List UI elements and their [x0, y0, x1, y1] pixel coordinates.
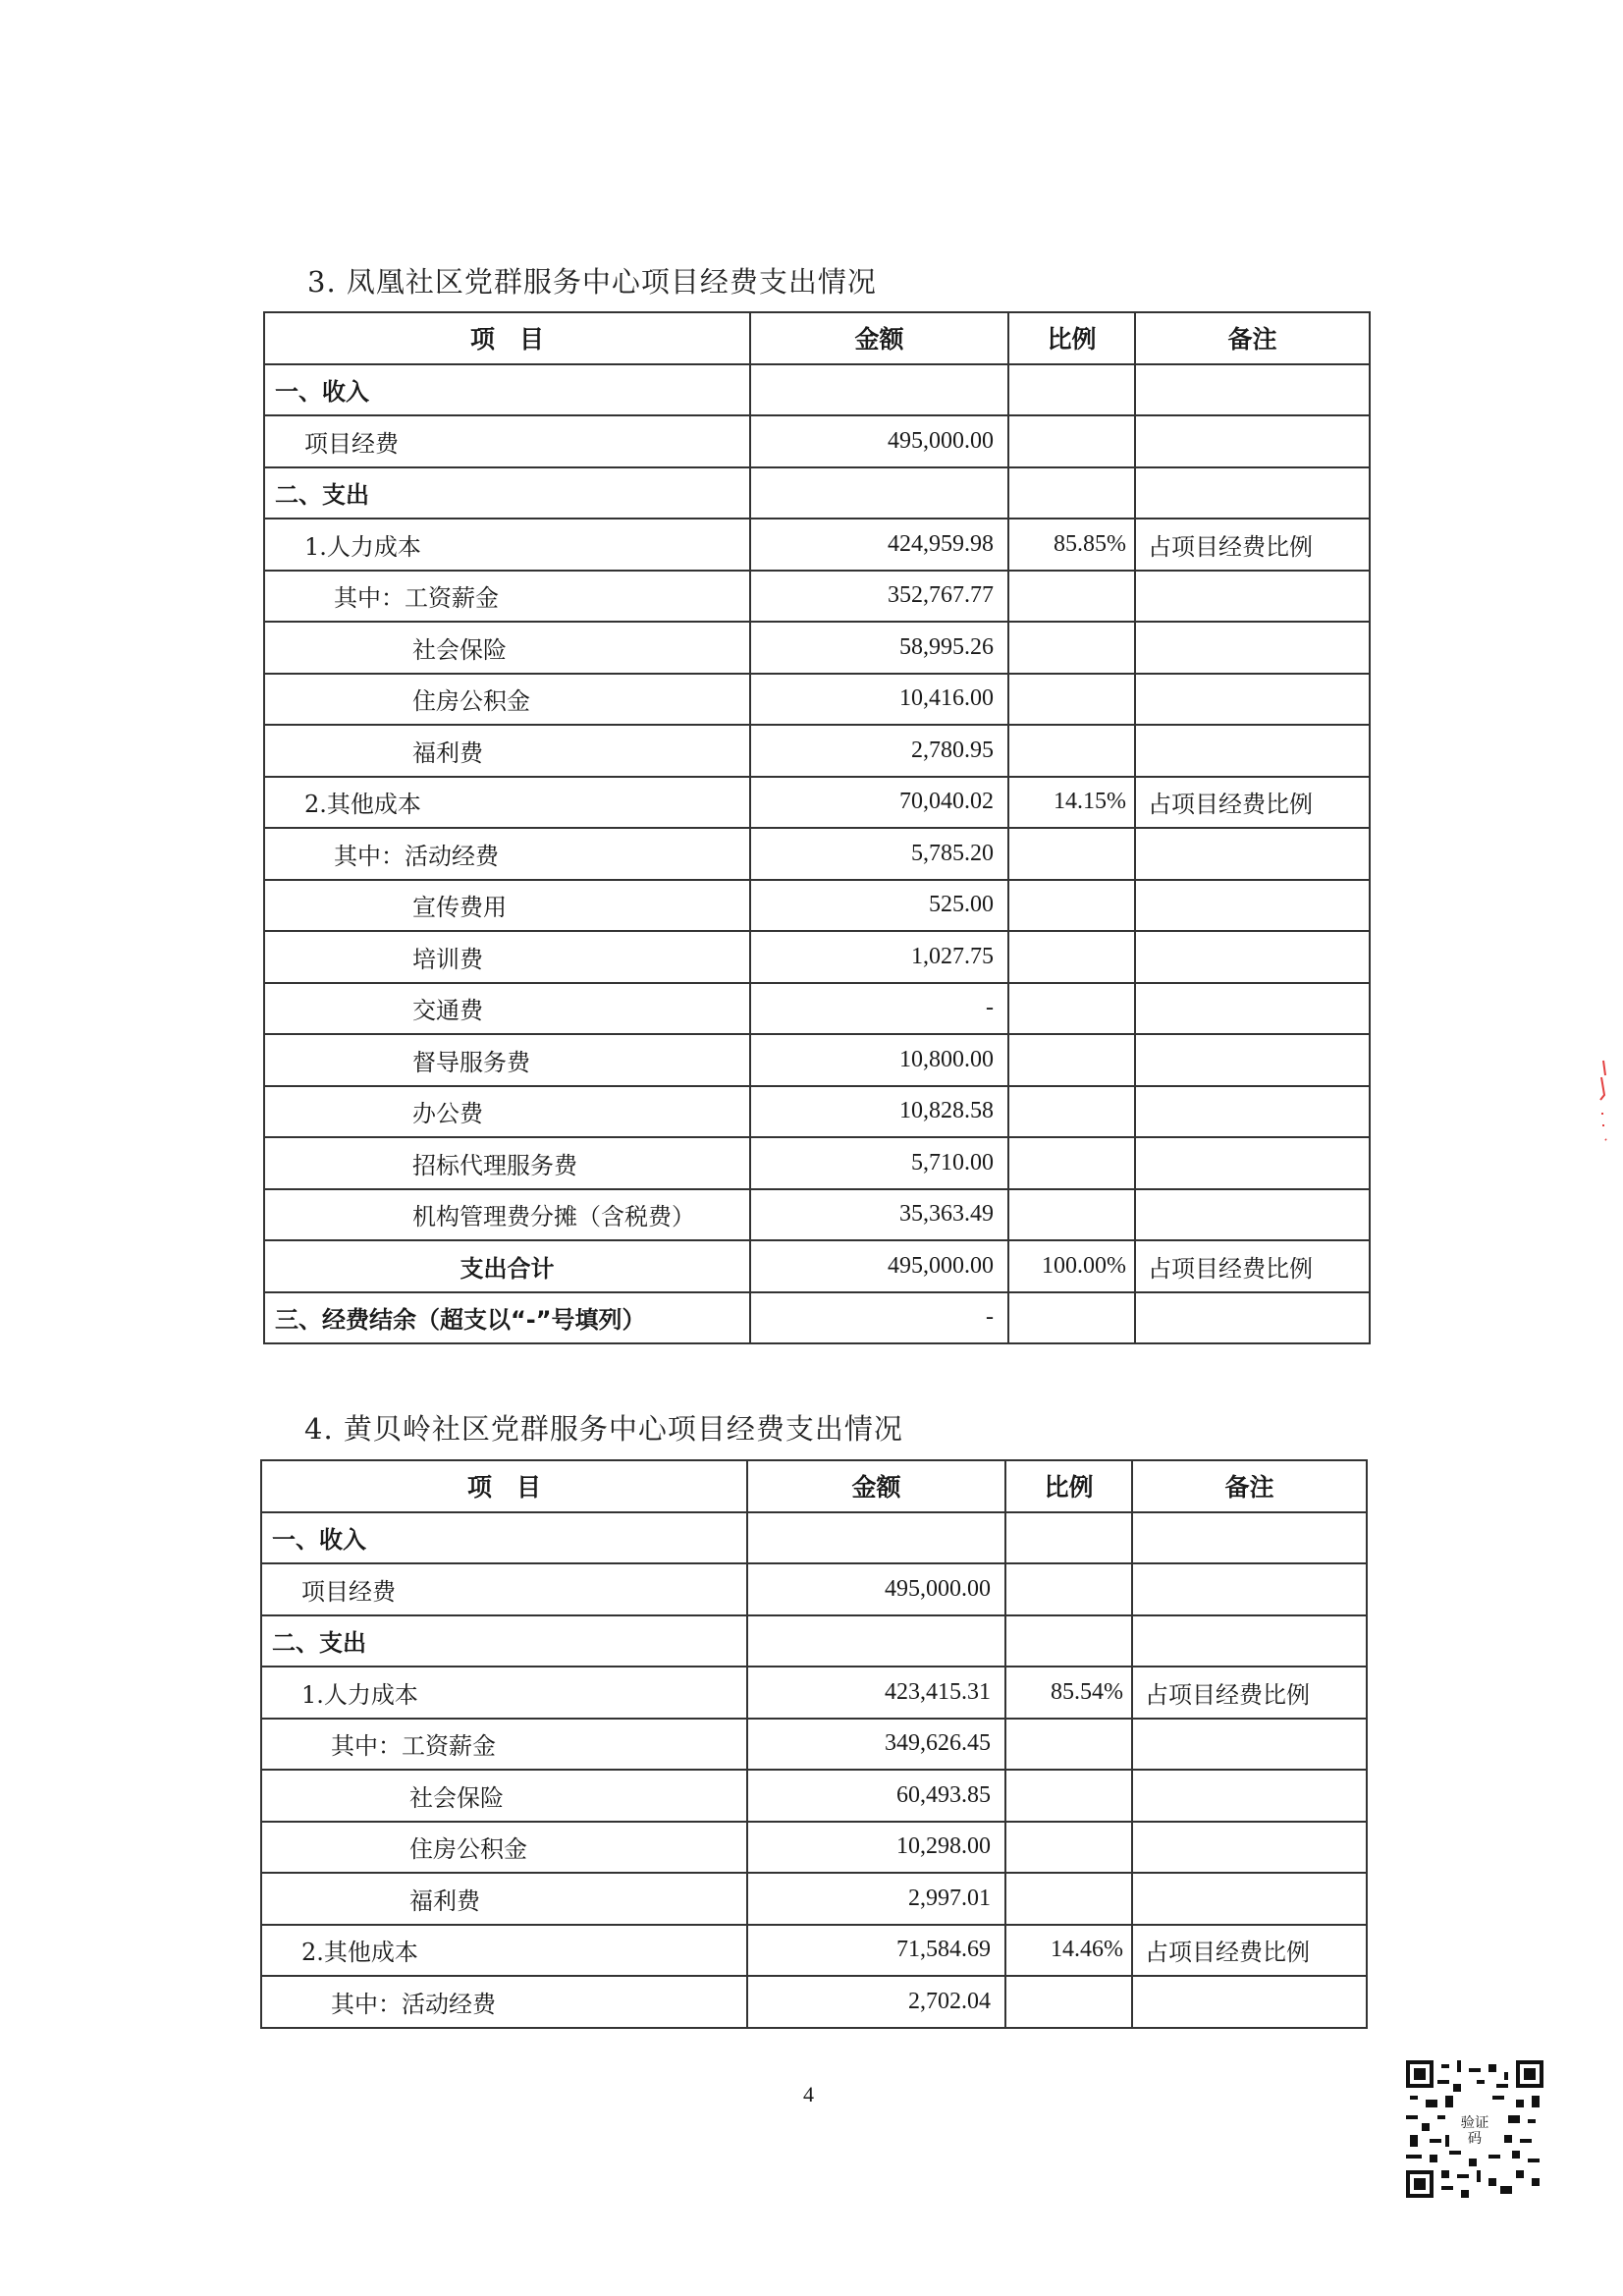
row-note — [1135, 1086, 1370, 1138]
row-ratio — [1005, 1770, 1132, 1822]
table-row: 二、支出 — [264, 467, 1370, 519]
svg-text:验证: 验证 — [1461, 2114, 1489, 2131]
section-4-title: 4. 黄贝岭社区党群服务中心项目经费支出情况 — [304, 1407, 903, 1448]
row-item-label: 福利费 — [264, 725, 750, 777]
row-amount: 10,800.00 — [750, 1034, 1008, 1086]
row-item-label: 交通费 — [264, 983, 750, 1035]
row-item-label: 1.人力成本 — [264, 519, 750, 571]
table-row: 办公费10,828.58 — [264, 1086, 1370, 1138]
row-amount: 10,298.00 — [747, 1822, 1005, 1874]
table-row: 二、支出 — [261, 1615, 1367, 1667]
row-note — [1135, 571, 1370, 623]
row-amount: - — [750, 983, 1008, 1035]
row-amount: 423,415.31 — [747, 1667, 1005, 1719]
row-ratio — [1008, 364, 1135, 416]
row-amount: 352,767.77 — [750, 571, 1008, 623]
row-item-label: 督导服务费 — [264, 1034, 750, 1086]
row-amount: 2,780.95 — [750, 725, 1008, 777]
table-row: 住房公积金10,298.00 — [261, 1822, 1367, 1874]
row-item-label: 其中：活动经费 — [261, 1976, 747, 2028]
row-note — [1132, 1976, 1367, 2028]
row-item-label: 宣传费用 — [264, 880, 750, 932]
table-row: 其中：活动经费2,702.04 — [261, 1976, 1367, 2028]
row-item-label: 培训费 — [264, 931, 750, 983]
table-row: 项目经费495,000.00 — [261, 1563, 1367, 1615]
row-note — [1135, 364, 1370, 416]
header-ratio: 比例 — [1008, 312, 1135, 364]
table-row: 培训费1,027.75 — [264, 931, 1370, 983]
row-amount: 495,000.00 — [750, 1240, 1008, 1292]
row-amount: 495,000.00 — [750, 415, 1008, 467]
table-row: 2.其他成本71,584.6914.46%占项目经费比例 — [261, 1925, 1367, 1977]
row-ratio — [1005, 1719, 1132, 1771]
row-note — [1135, 415, 1370, 467]
row-ratio — [1005, 1615, 1132, 1667]
header-amount: 金额 — [750, 312, 1008, 364]
row-amount: 35,363.49 — [750, 1189, 1008, 1241]
table-row: 支出合计495,000.00100.00%占项目经费比例 — [264, 1240, 1370, 1292]
table-row: 宣传费用525.00 — [264, 880, 1370, 932]
row-item-label: 福利费 — [261, 1873, 747, 1925]
row-ratio: 85.54% — [1005, 1667, 1132, 1719]
row-ratio — [1008, 880, 1135, 932]
row-note — [1135, 931, 1370, 983]
row-ratio — [1008, 674, 1135, 726]
row-ratio — [1008, 415, 1135, 467]
row-amount: 525.00 — [750, 880, 1008, 932]
row-amount — [750, 467, 1008, 519]
header-amount: 金额 — [747, 1460, 1005, 1512]
table-row: 住房公积金10,416.00 — [264, 674, 1370, 726]
row-note — [1132, 1719, 1367, 1771]
table-row: 交通费- — [264, 983, 1370, 1035]
svg-text:码: 码 — [1468, 2130, 1482, 2147]
table-header-row: 项 目金额比例备注 — [261, 1460, 1367, 1512]
row-note — [1135, 674, 1370, 726]
row-note — [1135, 1034, 1370, 1086]
row-note — [1135, 1189, 1370, 1241]
row-ratio — [1008, 725, 1135, 777]
row-note — [1135, 1137, 1370, 1189]
table-row: 其中：活动经费5,785.20 — [264, 828, 1370, 880]
row-note: 占项目经费比例 — [1135, 777, 1370, 829]
row-item-label: 其中：工资薪金 — [264, 571, 750, 623]
row-amount: 495,000.00 — [747, 1563, 1005, 1615]
seal-stamp-fragment — [1596, 1056, 1609, 1144]
expense-table-huangbeiling: 项 目金额比例备注一、收入项目经费495,000.00二、支出1.人力成本423… — [260, 1459, 1368, 2029]
table-row: 福利费2,997.01 — [261, 1873, 1367, 1925]
row-amount: 71,584.69 — [747, 1925, 1005, 1977]
row-ratio — [1008, 1034, 1135, 1086]
row-item-label: 其中：活动经费 — [264, 828, 750, 880]
table-row: 社会保险60,493.85 — [261, 1770, 1367, 1822]
row-item-label: 2.其他成本 — [261, 1925, 747, 1977]
row-ratio — [1008, 467, 1135, 519]
row-note: 占项目经费比例 — [1132, 1667, 1367, 1719]
row-amount: 58,995.26 — [750, 622, 1008, 674]
row-ratio: 14.46% — [1005, 1925, 1132, 1977]
table-row: 机构管理费分摊（含税费）35,363.49 — [264, 1189, 1370, 1241]
row-note — [1132, 1615, 1367, 1667]
row-note — [1135, 880, 1370, 932]
table-row: 一、收入 — [261, 1512, 1367, 1564]
row-item-label: 支出合计 — [264, 1240, 750, 1292]
row-item-label: 三、经费结余（超支以“-”号填列） — [264, 1292, 750, 1344]
row-item-label: 社会保险 — [264, 622, 750, 674]
row-note — [1132, 1770, 1367, 1822]
row-amount: 1,027.75 — [750, 931, 1008, 983]
header-item: 项 目 — [264, 312, 750, 364]
row-ratio — [1008, 1292, 1135, 1344]
row-note — [1132, 1822, 1367, 1874]
row-note — [1135, 467, 1370, 519]
row-note — [1135, 983, 1370, 1035]
table-row: 其中：工资薪金349,626.45 — [261, 1719, 1367, 1771]
row-ratio — [1008, 828, 1135, 880]
row-item-label: 二、支出 — [264, 467, 750, 519]
table-row: 三、经费结余（超支以“-”号填列）- — [264, 1292, 1370, 1344]
row-note — [1132, 1563, 1367, 1615]
table-row: 其中：工资薪金352,767.77 — [264, 571, 1370, 623]
row-item-label: 住房公积金 — [264, 674, 750, 726]
header-item: 项 目 — [261, 1460, 747, 1512]
row-item-label: 1.人力成本 — [261, 1667, 747, 1719]
table-row: 项目经费495,000.00 — [264, 415, 1370, 467]
row-amount: 10,416.00 — [750, 674, 1008, 726]
row-item-label: 其中：工资薪金 — [261, 1719, 747, 1771]
row-amount: 349,626.45 — [747, 1719, 1005, 1771]
row-item-label: 一、收入 — [261, 1512, 747, 1564]
row-note — [1135, 828, 1370, 880]
table-row: 招标代理服务费5,710.00 — [264, 1137, 1370, 1189]
row-item-label: 2.其他成本 — [264, 777, 750, 829]
row-item-label: 办公费 — [264, 1086, 750, 1138]
row-amount: 5,710.00 — [750, 1137, 1008, 1189]
row-amount — [747, 1615, 1005, 1667]
page-number: 4 — [803, 2082, 814, 2107]
table-row: 2.其他成本70,040.0214.15%占项目经费比例 — [264, 777, 1370, 829]
row-amount — [750, 364, 1008, 416]
row-ratio — [1005, 1822, 1132, 1874]
row-note: 占项目经费比例 — [1132, 1925, 1367, 1977]
row-note — [1132, 1512, 1367, 1564]
verification-qr-code-icon: 验证 码 — [1406, 2060, 1543, 2198]
header-ratio: 比例 — [1005, 1460, 1132, 1512]
row-note — [1132, 1873, 1367, 1925]
section-3-title: 3. 凤凰社区党群服务中心项目经费支出情况 — [307, 260, 877, 301]
header-note: 备注 — [1132, 1460, 1367, 1512]
row-note — [1135, 1292, 1370, 1344]
row-ratio — [1008, 1086, 1135, 1138]
row-ratio — [1008, 571, 1135, 623]
row-note: 占项目经费比例 — [1135, 519, 1370, 571]
table-row: 督导服务费10,800.00 — [264, 1034, 1370, 1086]
row-ratio — [1008, 983, 1135, 1035]
row-amount: 5,785.20 — [750, 828, 1008, 880]
row-note — [1135, 725, 1370, 777]
row-item-label: 招标代理服务费 — [264, 1137, 750, 1189]
row-item-label: 项目经费 — [261, 1563, 747, 1615]
row-item-label: 一、收入 — [264, 364, 750, 416]
row-amount — [747, 1512, 1005, 1564]
row-amount: 60,493.85 — [747, 1770, 1005, 1822]
row-ratio — [1005, 1976, 1132, 2028]
row-ratio — [1005, 1873, 1132, 1925]
row-ratio: 100.00% — [1008, 1240, 1135, 1292]
row-amount: 10,828.58 — [750, 1086, 1008, 1138]
row-ratio — [1008, 1137, 1135, 1189]
table-row: 社会保险58,995.26 — [264, 622, 1370, 674]
row-ratio: 14.15% — [1008, 777, 1135, 829]
table-row: 福利费2,780.95 — [264, 725, 1370, 777]
row-amount: 424,959.98 — [750, 519, 1008, 571]
row-ratio — [1008, 1189, 1135, 1241]
row-amount: 2,997.01 — [747, 1873, 1005, 1925]
row-amount: 2,702.04 — [747, 1976, 1005, 2028]
table-row: 1.人力成本423,415.3185.54%占项目经费比例 — [261, 1667, 1367, 1719]
row-amount: - — [750, 1292, 1008, 1344]
row-item-label: 社会保险 — [261, 1770, 747, 1822]
table-header-row: 项 目金额比例备注 — [264, 312, 1370, 364]
row-ratio: 85.85% — [1008, 519, 1135, 571]
row-ratio — [1005, 1563, 1132, 1615]
row-item-label: 项目经费 — [264, 415, 750, 467]
expense-table-fenghuang: 项 目金额比例备注一、收入项目经费495,000.00二、支出1.人力成本424… — [263, 311, 1371, 1344]
header-note: 备注 — [1135, 312, 1370, 364]
row-item-label: 机构管理费分摊（含税费） — [264, 1189, 750, 1241]
row-note: 占项目经费比例 — [1135, 1240, 1370, 1292]
row-ratio — [1008, 622, 1135, 674]
table-row: 1.人力成本424,959.9885.85%占项目经费比例 — [264, 519, 1370, 571]
row-item-label: 住房公积金 — [261, 1822, 747, 1874]
table-row: 一、收入 — [264, 364, 1370, 416]
row-ratio — [1008, 931, 1135, 983]
row-item-label: 二、支出 — [261, 1615, 747, 1667]
row-ratio — [1005, 1512, 1132, 1564]
row-note — [1135, 622, 1370, 674]
row-amount: 70,040.02 — [750, 777, 1008, 829]
